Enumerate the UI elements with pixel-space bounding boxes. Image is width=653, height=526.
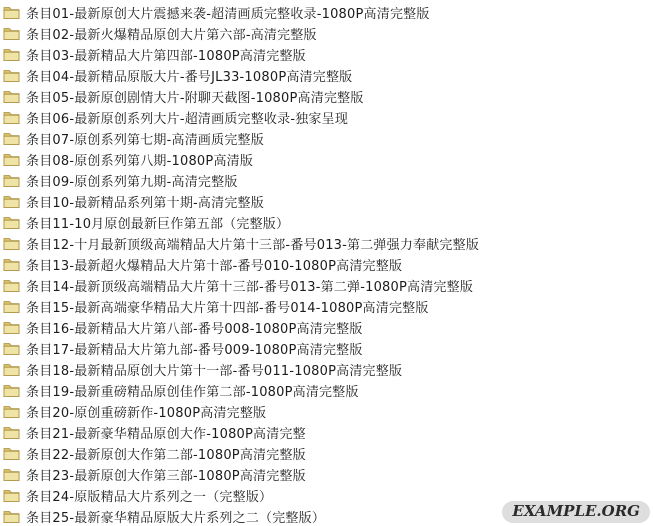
list-item[interactable]: 条目13-最新超火爆精品大片第十部-番号010-1080P高清完整版 <box>0 254 653 275</box>
list-item[interactable]: 条目19-最新重磅精品原创佳作第二部-1080P高清完整版 <box>0 380 653 401</box>
file-title: 条目17-最新精品大片第九部-番号009-1080P高清完整版 <box>26 339 363 358</box>
file-title: 条目22-最新原创大作第二部-1080P高清完整版 <box>26 444 306 463</box>
folder-icon <box>3 194 20 209</box>
list-item[interactable]: 条目07-原创系列第七期-高清画质完整版 <box>0 128 653 149</box>
list-item[interactable]: 条目18-最新精品原创大片第十一部-番号011-1080P高清完整版 <box>0 359 653 380</box>
file-title: 条目03-最新精品大片第四部-1080P高清完整版 <box>26 45 306 64</box>
folder-icon <box>3 425 20 440</box>
file-title: 条目19-最新重磅精品原创佳作第二部-1080P高清完整版 <box>26 381 359 400</box>
folder-icon <box>3 257 20 272</box>
file-title: 条目01-最新原创大片震撼来袭-超清画质完整收录-1080P高清完整版 <box>26 3 430 22</box>
folder-icon <box>3 5 20 20</box>
file-title: 条目06-最新原创系列大片-超清画质完整收录-独家呈现 <box>26 108 348 127</box>
list-item[interactable]: 条目09-原创系列第九期-高清完整版 <box>0 170 653 191</box>
list-item[interactable]: 条目22-最新原创大作第二部-1080P高清完整版 <box>0 443 653 464</box>
list-item[interactable]: 条目20-原创重磅新作-1080P高清完整版 <box>0 401 653 422</box>
folder-icon <box>3 341 20 356</box>
folder-icon <box>3 320 20 335</box>
file-title: 条目16-最新精品大片第八部-番号008-1080P高清完整版 <box>26 318 363 337</box>
file-title: 条目05-最新原创剧情大片-附聊天截图-1080P高清完整版 <box>26 87 364 106</box>
list-item[interactable]: 条目10-最新精品系列第十期-高清完整版 <box>0 191 653 212</box>
folder-icon <box>3 152 20 167</box>
list-item[interactable]: 条目03-最新精品大片第四部-1080P高清完整版 <box>0 44 653 65</box>
list-item[interactable]: 条目12-十月最新顶级高端精品大片第十三部-番号013-第二弹强力奉献完整版 <box>0 233 653 254</box>
folder-icon <box>3 488 20 503</box>
folder-icon <box>3 110 20 125</box>
folder-icon <box>3 278 20 293</box>
file-title: 条目12-十月最新顶级高端精品大片第十三部-番号013-第二弹强力奉献完整版 <box>26 234 479 253</box>
file-title: 条目23-最新原创大作第三部-1080P高清完整版 <box>26 465 306 484</box>
folder-icon <box>3 173 20 188</box>
file-list: 条目01-最新原创大片震撼来袭-超清画质完整收录-1080P高清完整版 条目02… <box>0 2 653 526</box>
file-title: 条目09-原创系列第九期-高清完整版 <box>26 171 238 190</box>
list-item[interactable]: 条目05-最新原创剧情大片-附聊天截图-1080P高清完整版 <box>0 86 653 107</box>
list-item[interactable]: 条目01-最新原创大片震撼来袭-超清画质完整收录-1080P高清完整版 <box>0 2 653 23</box>
folder-icon <box>3 47 20 62</box>
folder-icon <box>3 68 20 83</box>
folder-icon <box>3 89 20 104</box>
folder-icon <box>3 26 20 41</box>
file-title: 条目04-最新精品原版大片-番号JL33-1080P高清完整版 <box>26 66 352 85</box>
list-item[interactable]: 条目11-10月原创最新巨作第五部（完整版） <box>0 212 653 233</box>
list-item[interactable]: 条目15-最新高端豪华精品大片第十四部-番号014-1080P高清完整版 <box>0 296 653 317</box>
file-title: 条目24-原版精品大片系列之一（完整版） <box>26 486 272 505</box>
file-title: 条目25-最新豪华精品原版大片系列之二（完整版） <box>26 507 325 526</box>
list-item[interactable]: 条目08-原创系列第八期-1080P高清版 <box>0 149 653 170</box>
file-title: 条目13-最新超火爆精品大片第十部-番号010-1080P高清完整版 <box>26 255 402 274</box>
file-title: 条目14-最新顶级高端精品大片第十三部-番号013-第二弹-1080P高清完整版 <box>26 276 473 295</box>
folder-icon <box>3 404 20 419</box>
file-title: 条目11-10月原创最新巨作第五部（完整版） <box>26 213 289 232</box>
file-title: 条目21-最新豪华精品原创大作-1080P高清完整 <box>26 423 306 442</box>
folder-icon <box>3 362 20 377</box>
list-item[interactable]: 条目17-最新精品大片第九部-番号009-1080P高清完整版 <box>0 338 653 359</box>
list-item[interactable]: 条目04-最新精品原版大片-番号JL33-1080P高清完整版 <box>0 65 653 86</box>
folder-icon <box>3 467 20 482</box>
list-item[interactable]: 条目06-最新原创系列大片-超清画质完整收录-独家呈现 <box>0 107 653 128</box>
file-title: 条目08-原创系列第八期-1080P高清版 <box>26 150 253 169</box>
list-item[interactable]: 条目16-最新精品大片第八部-番号008-1080P高清完整版 <box>0 317 653 338</box>
file-title: 条目15-最新高端豪华精品大片第十四部-番号014-1080P高清完整版 <box>26 297 429 316</box>
folder-icon <box>3 383 20 398</box>
folder-icon <box>3 236 20 251</box>
list-item[interactable]: 条目02-最新火爆精品原创大片第六部-高清完整版 <box>0 23 653 44</box>
file-title: 条目20-原创重磅新作-1080P高清完整版 <box>26 402 266 421</box>
folder-icon <box>3 446 20 461</box>
folder-icon <box>3 131 20 146</box>
file-title: 条目02-最新火爆精品原创大片第六部-高清完整版 <box>26 24 317 43</box>
folder-icon <box>3 299 20 314</box>
file-title: 条目10-最新精品系列第十期-高清完整版 <box>26 192 264 211</box>
site-watermark: EXAMPLE.ORG <box>502 501 650 523</box>
list-item[interactable]: 条目14-最新顶级高端精品大片第十三部-番号013-第二弹-1080P高清完整版 <box>0 275 653 296</box>
list-item[interactable]: 条目21-最新豪华精品原创大作-1080P高清完整 <box>0 422 653 443</box>
folder-icon <box>3 215 20 230</box>
list-item[interactable]: 条目23-最新原创大作第三部-1080P高清完整版 <box>0 464 653 485</box>
file-title: 条目18-最新精品原创大片第十一部-番号011-1080P高清完整版 <box>26 360 402 379</box>
file-title: 条目07-原创系列第七期-高清画质完整版 <box>26 129 264 148</box>
folder-icon <box>3 509 20 524</box>
